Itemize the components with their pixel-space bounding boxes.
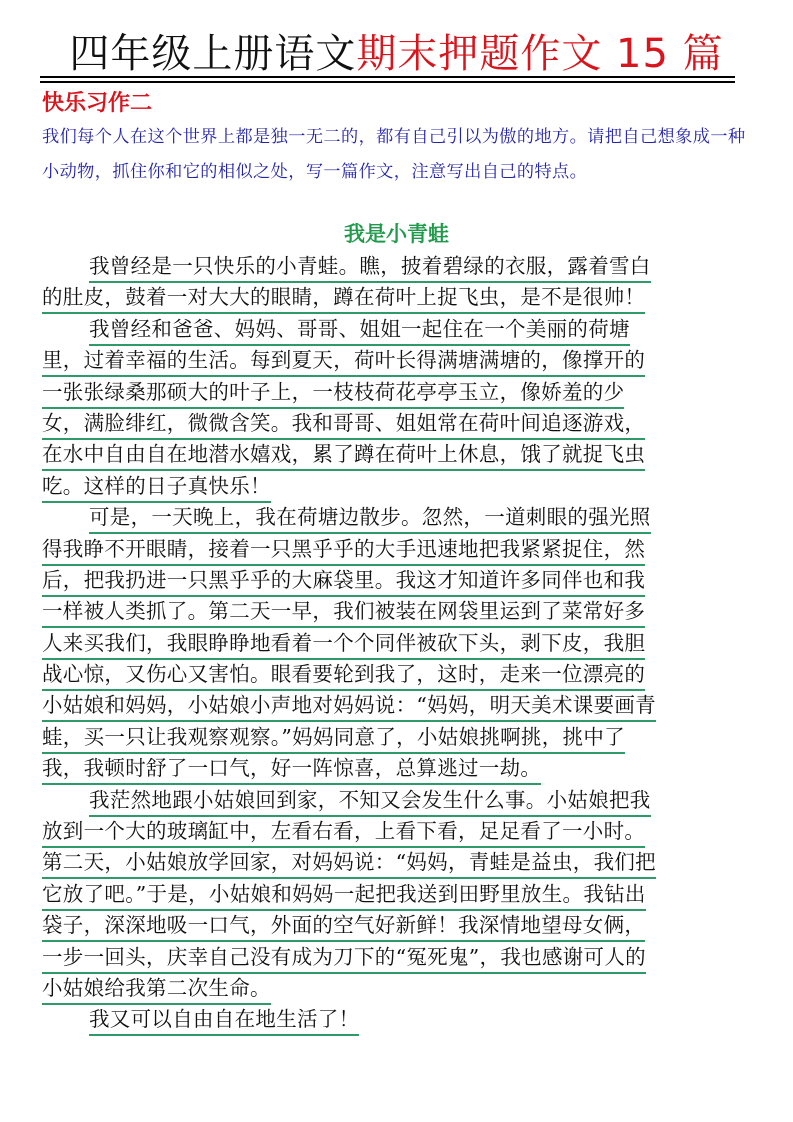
title-rule-bottom (40, 81, 735, 83)
essay-line-text: 后，把我扔进一只黑乎乎的大麻袋里。我这才知道许多同伴也和我 (42, 566, 645, 597)
essay-line-text: 蛙，买一只让我观察观察。”妈妈同意了，小姑娘挑啊挑，挑中了 (42, 723, 625, 754)
essay-line: 的肚皮，鼓着一对大大的眼睛，蹲在荷叶上捉飞虫，是不是很帅！ (42, 283, 754, 314)
writing-prompt: 我们每个人在这个世界上都是独一无二的，都有自己引以为傲的地方。请把自己想象成一种… (42, 120, 752, 190)
essay-line: 第二天，小姑娘放学回家，对妈妈说：“妈妈，青蛙是益虫，我们把 (42, 848, 754, 879)
essay-line-text: 在水中自由自在地潜水嬉戏，累了蹲在荷叶上休息，饿了就捉飞虫 (42, 440, 645, 471)
essay-line-text: 女，满脸绯红，微微含笑。我和哥哥、姐姐常在荷叶间追逐游戏， (42, 409, 645, 440)
essay-line: 可是，一天晚上，我在荷塘边散步。忽然，一道刺眼的强光照 (42, 503, 754, 534)
essay-line-text: 吃。这样的日子真快乐！ (42, 472, 271, 503)
essay-line-text: 人来买我们，我眼睁睁地看着一个个同伴被砍下头，剥下皮，我胆 (42, 629, 645, 660)
essay-line-text: 一步一回头，庆幸自己没有成为刀下的“冤死鬼”，我也感谢可人的 (42, 943, 646, 974)
essay-title: 我是小青蛙 (0, 220, 793, 248)
essay-line: 得我睁不开眼睛，接着一只黑乎乎的大手迅速地把我紧紧捉住，然 (42, 535, 754, 566)
page-title-grade: 四年级上册语文 (69, 31, 356, 77)
essay-line-text: 里，过着幸福的生活。每到夏天，荷叶长得满塘满塘的，像撑开的 (42, 346, 645, 377)
essay-line: 一张张绿桑那硕大的叶子上，一枝枝荷花亭亭玉立，像娇羞的少 (42, 378, 754, 409)
essay-line-text: 小姑娘给我第二次生命。 (42, 974, 271, 1005)
essay-line-text: 我，我顿时舒了一口气，好一阵惊喜，总算逃过一劫。 (42, 754, 541, 785)
essay-line-text: 袋子，深深地吸一口气，外面的空气好新鲜！我深情地望母女俩， (42, 911, 645, 942)
essay-line-text: 小姑娘和妈妈，小姑娘小声地对妈妈说：“妈妈，明天美术课要画青 (42, 691, 656, 722)
essay-line-text: 一样被人类抓了。第二天一早，我们被装在网袋里运到了菜常好多 (42, 597, 645, 628)
essay-line: 我曾经和爸爸、妈妈、哥哥、姐姐一起住在一个美丽的荷塘 (42, 315, 754, 346)
essay-line-text: 可是，一天晚上，我在荷塘边散步。忽然，一道刺眼的强光照 (89, 503, 651, 534)
essay-line: 后，把我扔进一只黑乎乎的大麻袋里。我这才知道许多同伴也和我 (42, 566, 754, 597)
essay-line: 小姑娘和妈妈，小姑娘小声地对妈妈说：“妈妈，明天美术课要画青 (42, 691, 754, 722)
essay-line: 女，满脸绯红，微微含笑。我和哥哥、姐姐常在荷叶间追逐游戏， (42, 409, 754, 440)
essay-line-text: 它放了吧。”于是，小姑娘和妈妈一起把我送到田野里放生。我钻出 (42, 880, 646, 911)
essay-line: 在水中自由自在地潜水嬉戏，累了蹲在荷叶上休息，饿了就捉飞虫 (42, 440, 754, 471)
essay-line-text: 战心惊，又伤心又害怕。眼看要轮到我了，这时，走来一位漂亮的 (42, 660, 645, 691)
essay-line: 小姑娘给我第二次生命。 (42, 974, 754, 1005)
essay-line: 放到一个大的玻璃缸中，左看右看，上看下看，足足看了一小时。 (42, 817, 754, 848)
page-title: 四年级上册语文期末押题作文 15 篇 (0, 32, 793, 76)
essay-line: 人来买我们，我眼睁睁地看着一个个同伴被砍下头，剥下皮，我胆 (42, 629, 754, 660)
essay-line: 战心惊，又伤心又害怕。眼看要轮到我了，这时，走来一位漂亮的 (42, 660, 754, 691)
essay-line-text: 我又可以自由自在地生活了！ (89, 1005, 359, 1036)
essay-line: 我曾经是一只快乐的小青蛙。瞧，披着碧绿的衣服，露着雪白 (42, 252, 754, 283)
essay-line-text: 我茫然地跟小姑娘回到家，不知又会发生什么事。小姑娘把我 (89, 786, 651, 817)
essay-line: 蛙，买一只让我观察观察。”妈妈同意了，小姑娘挑啊挑，挑中了 (42, 723, 754, 754)
essay-line: 它放了吧。”于是，小姑娘和妈妈一起把我送到田野里放生。我钻出 (42, 880, 754, 911)
essay-body: 我曾经是一只快乐的小青蛙。瞧，披着碧绿的衣服，露着雪白的肚皮，鼓着一对大大的眼睛… (42, 252, 754, 1037)
essay-line-text: 得我睁不开眼睛，接着一只黑乎乎的大手迅速地把我紧紧捉住，然 (42, 535, 645, 566)
essay-line-text: 第二天，小姑娘放学回家，对妈妈说：“妈妈，青蛙是益虫，我们把 (42, 848, 656, 879)
essay-line: 里，过着幸福的生活。每到夏天，荷叶长得满塘满塘的，像撑开的 (42, 346, 754, 377)
section-title: 快乐习作二 (42, 90, 152, 118)
essay-line: 一样被人类抓了。第二天一早，我们被装在网袋里运到了菜常好多 (42, 597, 754, 628)
essay-line: 我，我顿时舒了一口气，好一阵惊喜，总算逃过一劫。 (42, 754, 754, 785)
title-rule-top (40, 76, 735, 78)
essay-line-text: 的肚皮，鼓着一对大大的眼睛，蹲在荷叶上捉飞虫，是不是很帅！ (42, 283, 645, 314)
essay-line: 我又可以自由自在地生活了！ (42, 1005, 754, 1036)
essay-line: 一步一回头，庆幸自己没有成为刀下的“冤死鬼”，我也感谢可人的 (42, 943, 754, 974)
essay-line-text: 我曾经是一只快乐的小青蛙。瞧，披着碧绿的衣服，露着雪白 (89, 252, 651, 283)
essay-line-text: 一张张绿桑那硕大的叶子上，一枝枝荷花亭亭玉立，像娇羞的少 (42, 378, 624, 409)
page-title-topic: 期末押题作文 15 篇 (356, 31, 723, 77)
essay-line: 我茫然地跟小姑娘回到家，不知又会发生什么事。小姑娘把我 (42, 786, 754, 817)
essay-line-text: 放到一个大的玻璃缸中，左看右看，上看下看，足足看了一小时。 (42, 817, 645, 848)
essay-line: 吃。这样的日子真快乐！ (42, 472, 754, 503)
essay-line-text: 我曾经和爸爸、妈妈、哥哥、姐姐一起住在一个美丽的荷塘 (89, 315, 630, 346)
essay-line: 袋子，深深地吸一口气，外面的空气好新鲜！我深情地望母女俩， (42, 911, 754, 942)
